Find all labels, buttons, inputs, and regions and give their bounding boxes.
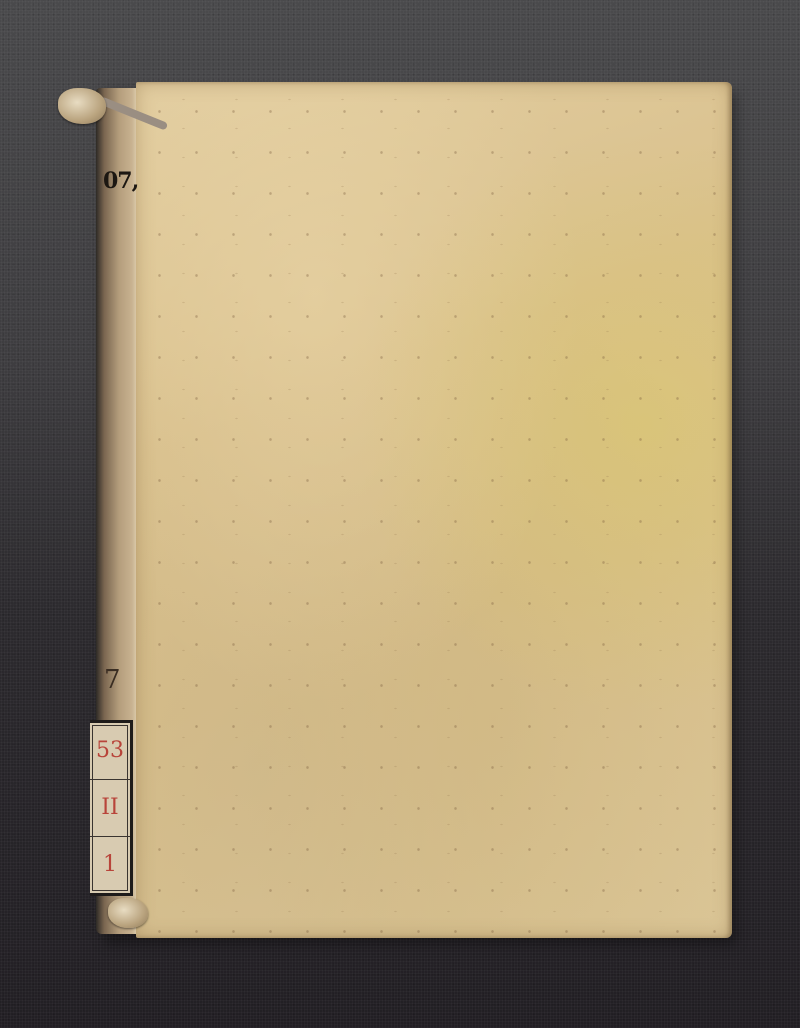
label-line: 1 [90, 837, 130, 893]
bottom-tie-knot [108, 898, 148, 928]
label-line: 53 [90, 723, 130, 780]
book [96, 82, 732, 938]
book-front-cover [136, 82, 732, 938]
spine-ink-title: 07, [103, 168, 143, 194]
label-line: II [90, 780, 130, 837]
spine-ink-mark: 7 [104, 665, 121, 695]
vellum-texture [136, 82, 732, 938]
top-tie-knot [58, 88, 106, 124]
spine-shelf-label: 53 II 1 [90, 720, 133, 896]
